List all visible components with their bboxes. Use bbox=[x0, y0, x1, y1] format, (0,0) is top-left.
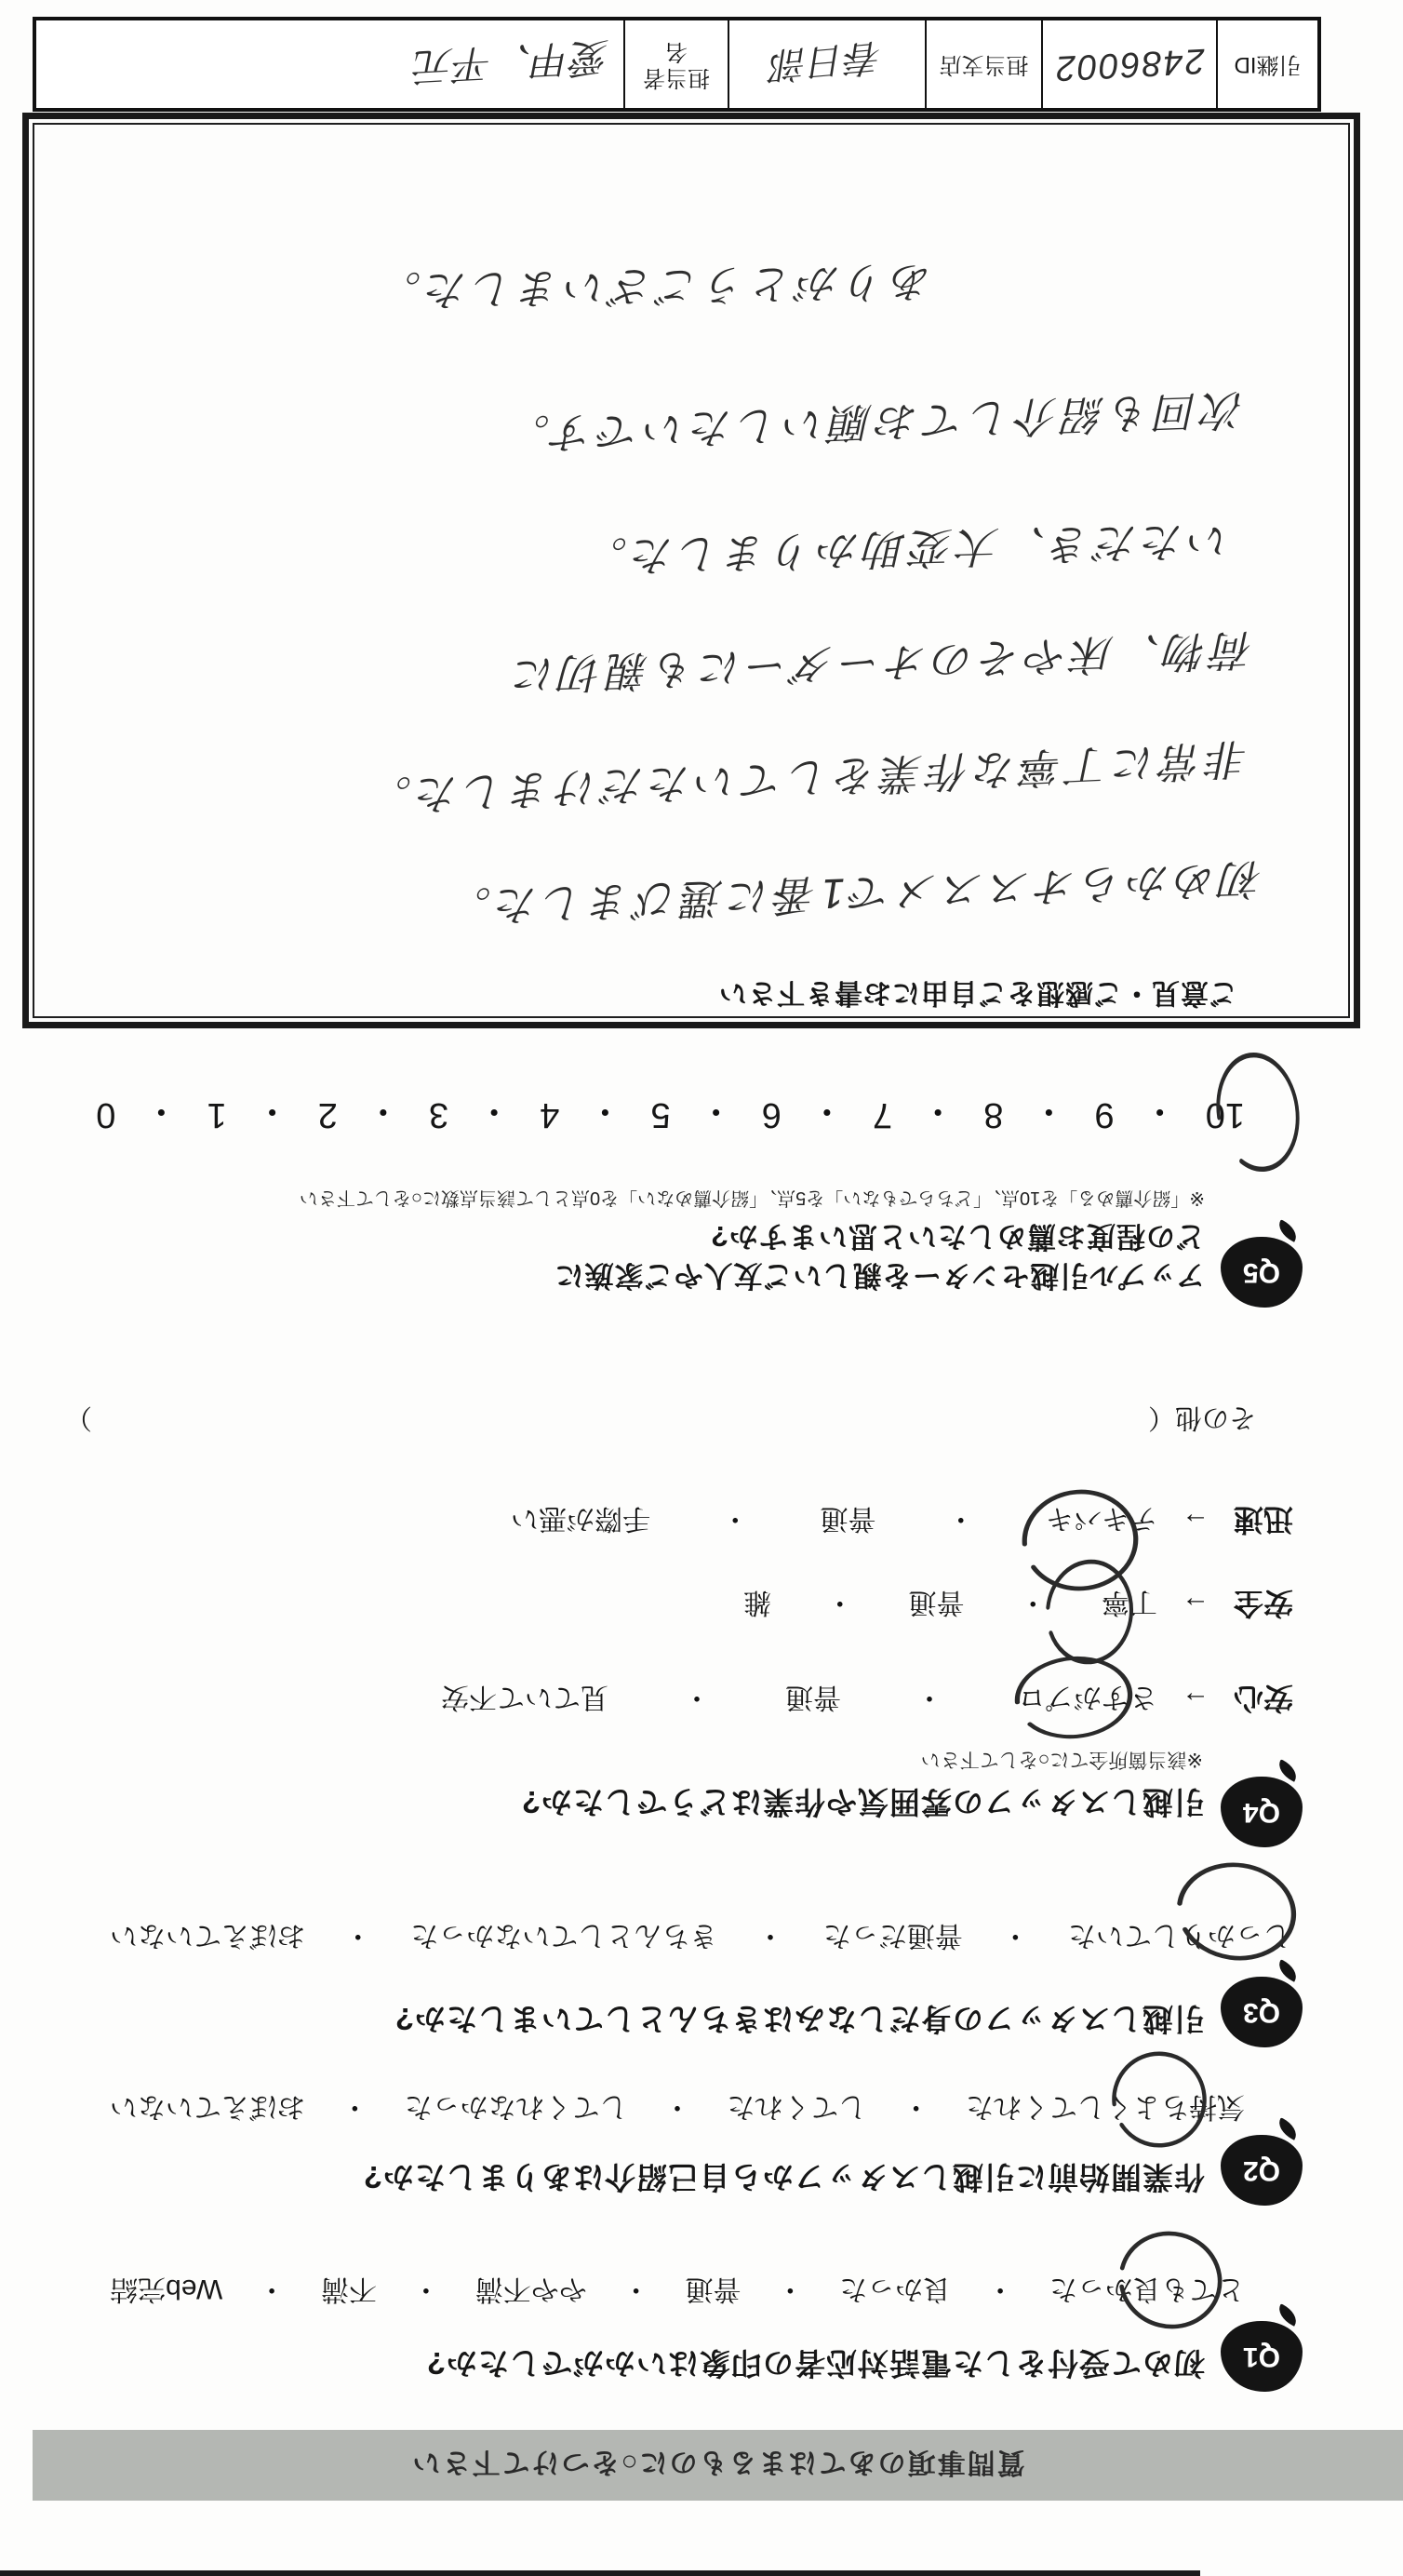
option-separator: ・ bbox=[915, 1680, 943, 1721]
arrow-right-icon: → bbox=[1182, 1590, 1209, 1621]
q3-icon-label: Q3 bbox=[1243, 1996, 1280, 2028]
scale-value: 4 bbox=[540, 1094, 559, 1134]
option: さすがプロ bbox=[1018, 1680, 1157, 1721]
handover-id-value: 2486002 bbox=[1053, 40, 1206, 87]
scale-value: 2 bbox=[318, 1094, 338, 1134]
q4-row-label: 安心 bbox=[1234, 1679, 1293, 1722]
option-separator: ・ bbox=[947, 1501, 975, 1542]
option-separator: ・ bbox=[986, 2272, 1014, 2313]
option: 雑 bbox=[743, 1585, 771, 1626]
option: テキパキ bbox=[1046, 1501, 1157, 1542]
scale-value: 3 bbox=[429, 1094, 448, 1134]
option: 丁寧 bbox=[1102, 1585, 1157, 1626]
q4-other-open: その他（ bbox=[1148, 1401, 1256, 1439]
q5-icon-label: Q5 bbox=[1243, 1256, 1280, 1288]
q2-icon: Q2 bbox=[1221, 2135, 1303, 2206]
option-separator: ・ bbox=[721, 1501, 749, 1542]
option-separator: ・ bbox=[809, 1089, 845, 1140]
option: 普通だった bbox=[823, 1918, 963, 1959]
q1-options: とても良かった ・良かった ・普通 ・やや不満 ・不満 ・Web完結 bbox=[110, 2272, 1245, 2313]
q5-icon: Q5 bbox=[1221, 1237, 1303, 1308]
q4-note: ※該当箇所全てに○をして下さい bbox=[921, 1747, 1203, 1775]
q4-row-anzen: 安全 → 丁寧 ・普通 ・雑 bbox=[743, 1584, 1293, 1627]
handwritten-comment-line: ありがとうございました。 bbox=[374, 255, 933, 325]
option-separator: ・ bbox=[341, 2089, 368, 2130]
option-separator: ・ bbox=[143, 1089, 179, 1140]
option-separator: ・ bbox=[699, 1089, 734, 1140]
scale-value: 9 bbox=[1094, 1094, 1114, 1134]
scale-value: 6 bbox=[762, 1094, 782, 1134]
q3-question: 引越しスタッフの身だしなみはきちんとしていましたか? bbox=[394, 1999, 1205, 2043]
q5-question-line2: どの程度お薦めしたいと思いますか? bbox=[710, 1218, 1205, 1260]
q3-icon: Q3 bbox=[1221, 1977, 1303, 2047]
handover-id-label: 引継ID bbox=[1227, 51, 1309, 77]
staff-name-label: 担当者名 bbox=[625, 38, 728, 89]
option-separator: ・ bbox=[1031, 1089, 1066, 1140]
q4-other-close: ） bbox=[65, 1401, 92, 1439]
scale-value: 8 bbox=[983, 1094, 1003, 1134]
option: おぼえていない bbox=[110, 2089, 305, 2130]
q2-icon-label: Q2 bbox=[1243, 2154, 1280, 2186]
option-separator: ・ bbox=[902, 2089, 930, 2130]
branch-value: 春日部 bbox=[769, 33, 886, 95]
option: 手際が悪い bbox=[511, 1501, 650, 1542]
arrow-right-icon: → bbox=[1182, 1506, 1209, 1537]
option-separator: ・ bbox=[366, 1089, 401, 1140]
option-separator: ・ bbox=[826, 1585, 854, 1626]
option: 不満 bbox=[321, 2272, 377, 2313]
scale-value: 5 bbox=[650, 1094, 670, 1134]
option: 普通 bbox=[820, 1501, 875, 1542]
upside-down-sheet: 質問事項のあてはまるものに○をつけて下さい Q1 初めて受付をした電話対応者の印… bbox=[0, 0, 1403, 2576]
option: 良かった bbox=[839, 2272, 951, 2313]
q5-note: ※「紹介薦める」を10点、「どちらでもない」を5点、「紹介薦めない」を0点として… bbox=[300, 1187, 1205, 1214]
option-separator: ・ bbox=[255, 1089, 290, 1140]
instruction-bar: 質問事項のあてはまるものに○をつけて下さい bbox=[33, 2430, 1403, 2501]
option: しっかりしていた bbox=[1068, 1918, 1291, 1959]
scanned-survey-page: 質問事項のあてはまるものに○をつけて下さい Q1 初めて受付をした電話対応者の印… bbox=[0, 0, 1403, 2576]
option: おぼえていない bbox=[110, 1918, 305, 1959]
q4-row-anshin: 安心 → さすがプロ ・普通 ・見ていて不安 bbox=[441, 1679, 1293, 1722]
q4-other-row: その他（ ） bbox=[65, 1401, 1256, 1439]
option-separator: ・ bbox=[412, 2272, 440, 2313]
staff-name-value: 愛甲、平元 bbox=[414, 32, 612, 98]
q4-row-options: さすがプロ ・普通 ・見ていて不安 bbox=[441, 1680, 1157, 1721]
option: 普通 bbox=[785, 1680, 841, 1721]
option: 普通 bbox=[686, 2272, 742, 2313]
staff-header-table: 引継ID 2486002 担当支店 春日部 担当者名 愛甲、平元 bbox=[33, 17, 1321, 112]
scale-value: 10 bbox=[1206, 1094, 1245, 1134]
q4-icon-label: Q4 bbox=[1243, 1796, 1280, 1828]
option-separator: ・ bbox=[258, 2272, 286, 2313]
option: 気持ちよくしてくれた bbox=[966, 2089, 1245, 2130]
option: 普通 bbox=[908, 1585, 964, 1626]
q4-row-label: 安全 bbox=[1234, 1584, 1293, 1627]
q4-row-options: 丁寧 ・普通 ・雑 bbox=[743, 1585, 1157, 1626]
scale-value: 0 bbox=[96, 1094, 115, 1134]
q2-options: 気持ちよくしてくれた ・してくれた ・してくれなかった ・おぼえていない bbox=[110, 2089, 1245, 2130]
q4-row-options: テキパキ ・普通 ・手際が悪い bbox=[511, 1501, 1157, 1542]
option: やや不満 bbox=[475, 2272, 587, 2313]
q4-row-label: 迅速 bbox=[1234, 1500, 1293, 1543]
option-separator: ・ bbox=[1019, 1585, 1047, 1626]
q2-question: 作業開始前に引越しスタッフから自己紹介はありましたか? bbox=[363, 2157, 1205, 2201]
scale-value: 7 bbox=[873, 1094, 892, 1134]
q1-question: 初めて受付をした電話対応者の印象はいかがでしたか? bbox=[426, 2343, 1205, 2387]
option: 見ていて不安 bbox=[441, 1680, 608, 1721]
q1-icon: Q1 bbox=[1221, 2321, 1303, 2392]
option-separator: ・ bbox=[1001, 1918, 1029, 1959]
scan-edge-artifact bbox=[0, 2570, 1200, 2576]
option-separator: ・ bbox=[683, 1680, 711, 1721]
option: とても良かった bbox=[1049, 2272, 1245, 2313]
option-separator: ・ bbox=[663, 2089, 691, 2130]
scale-value: 1 bbox=[207, 1094, 226, 1134]
option: きちんとしていなかった bbox=[410, 1918, 717, 1959]
arrow-right-icon: → bbox=[1182, 1684, 1209, 1716]
q3-options: しっかりしていた ・普通だった ・きちんとしていなかった ・おぼえていない bbox=[110, 1918, 1291, 1959]
branch-label: 担当支店 bbox=[932, 51, 1036, 77]
q4-row-jinsoku: 迅速 → テキパキ ・普通 ・手際が悪い bbox=[511, 1500, 1293, 1543]
option-separator: ・ bbox=[476, 1089, 512, 1140]
option-separator: ・ bbox=[344, 1918, 372, 1959]
q1-icon-label: Q1 bbox=[1243, 2341, 1280, 2372]
option: Web完結 bbox=[110, 2272, 222, 2313]
q5-scale: 10 ・9 ・8 ・7 ・6 ・5 ・4 ・3 ・2 ・1 ・0 bbox=[96, 1089, 1245, 1140]
instruction-bar-text: 質問事項のあてはまるものに○をつけて下さい bbox=[410, 2445, 1024, 2486]
option-separator: ・ bbox=[1142, 1089, 1178, 1140]
option: してくれた bbox=[727, 2089, 866, 2130]
option: してくれなかった bbox=[405, 2089, 628, 2130]
option-separator: ・ bbox=[776, 2272, 804, 2313]
option-separator: ・ bbox=[587, 1089, 622, 1140]
option-separator: ・ bbox=[920, 1089, 955, 1140]
q5-question-line1: アップル引越センターを親しいご友人やご家族に bbox=[555, 1257, 1205, 1299]
option-separator: ・ bbox=[756, 1918, 784, 1959]
option-separator: ・ bbox=[622, 2272, 650, 2313]
q4-question: 引越しスタッフの雰囲気や作業はどうでしたか? bbox=[521, 1782, 1205, 1826]
comments-header: ご意見・ご感想をご自由にお書き下さい bbox=[718, 975, 1237, 1016]
q4-icon: Q4 bbox=[1221, 1777, 1303, 1847]
